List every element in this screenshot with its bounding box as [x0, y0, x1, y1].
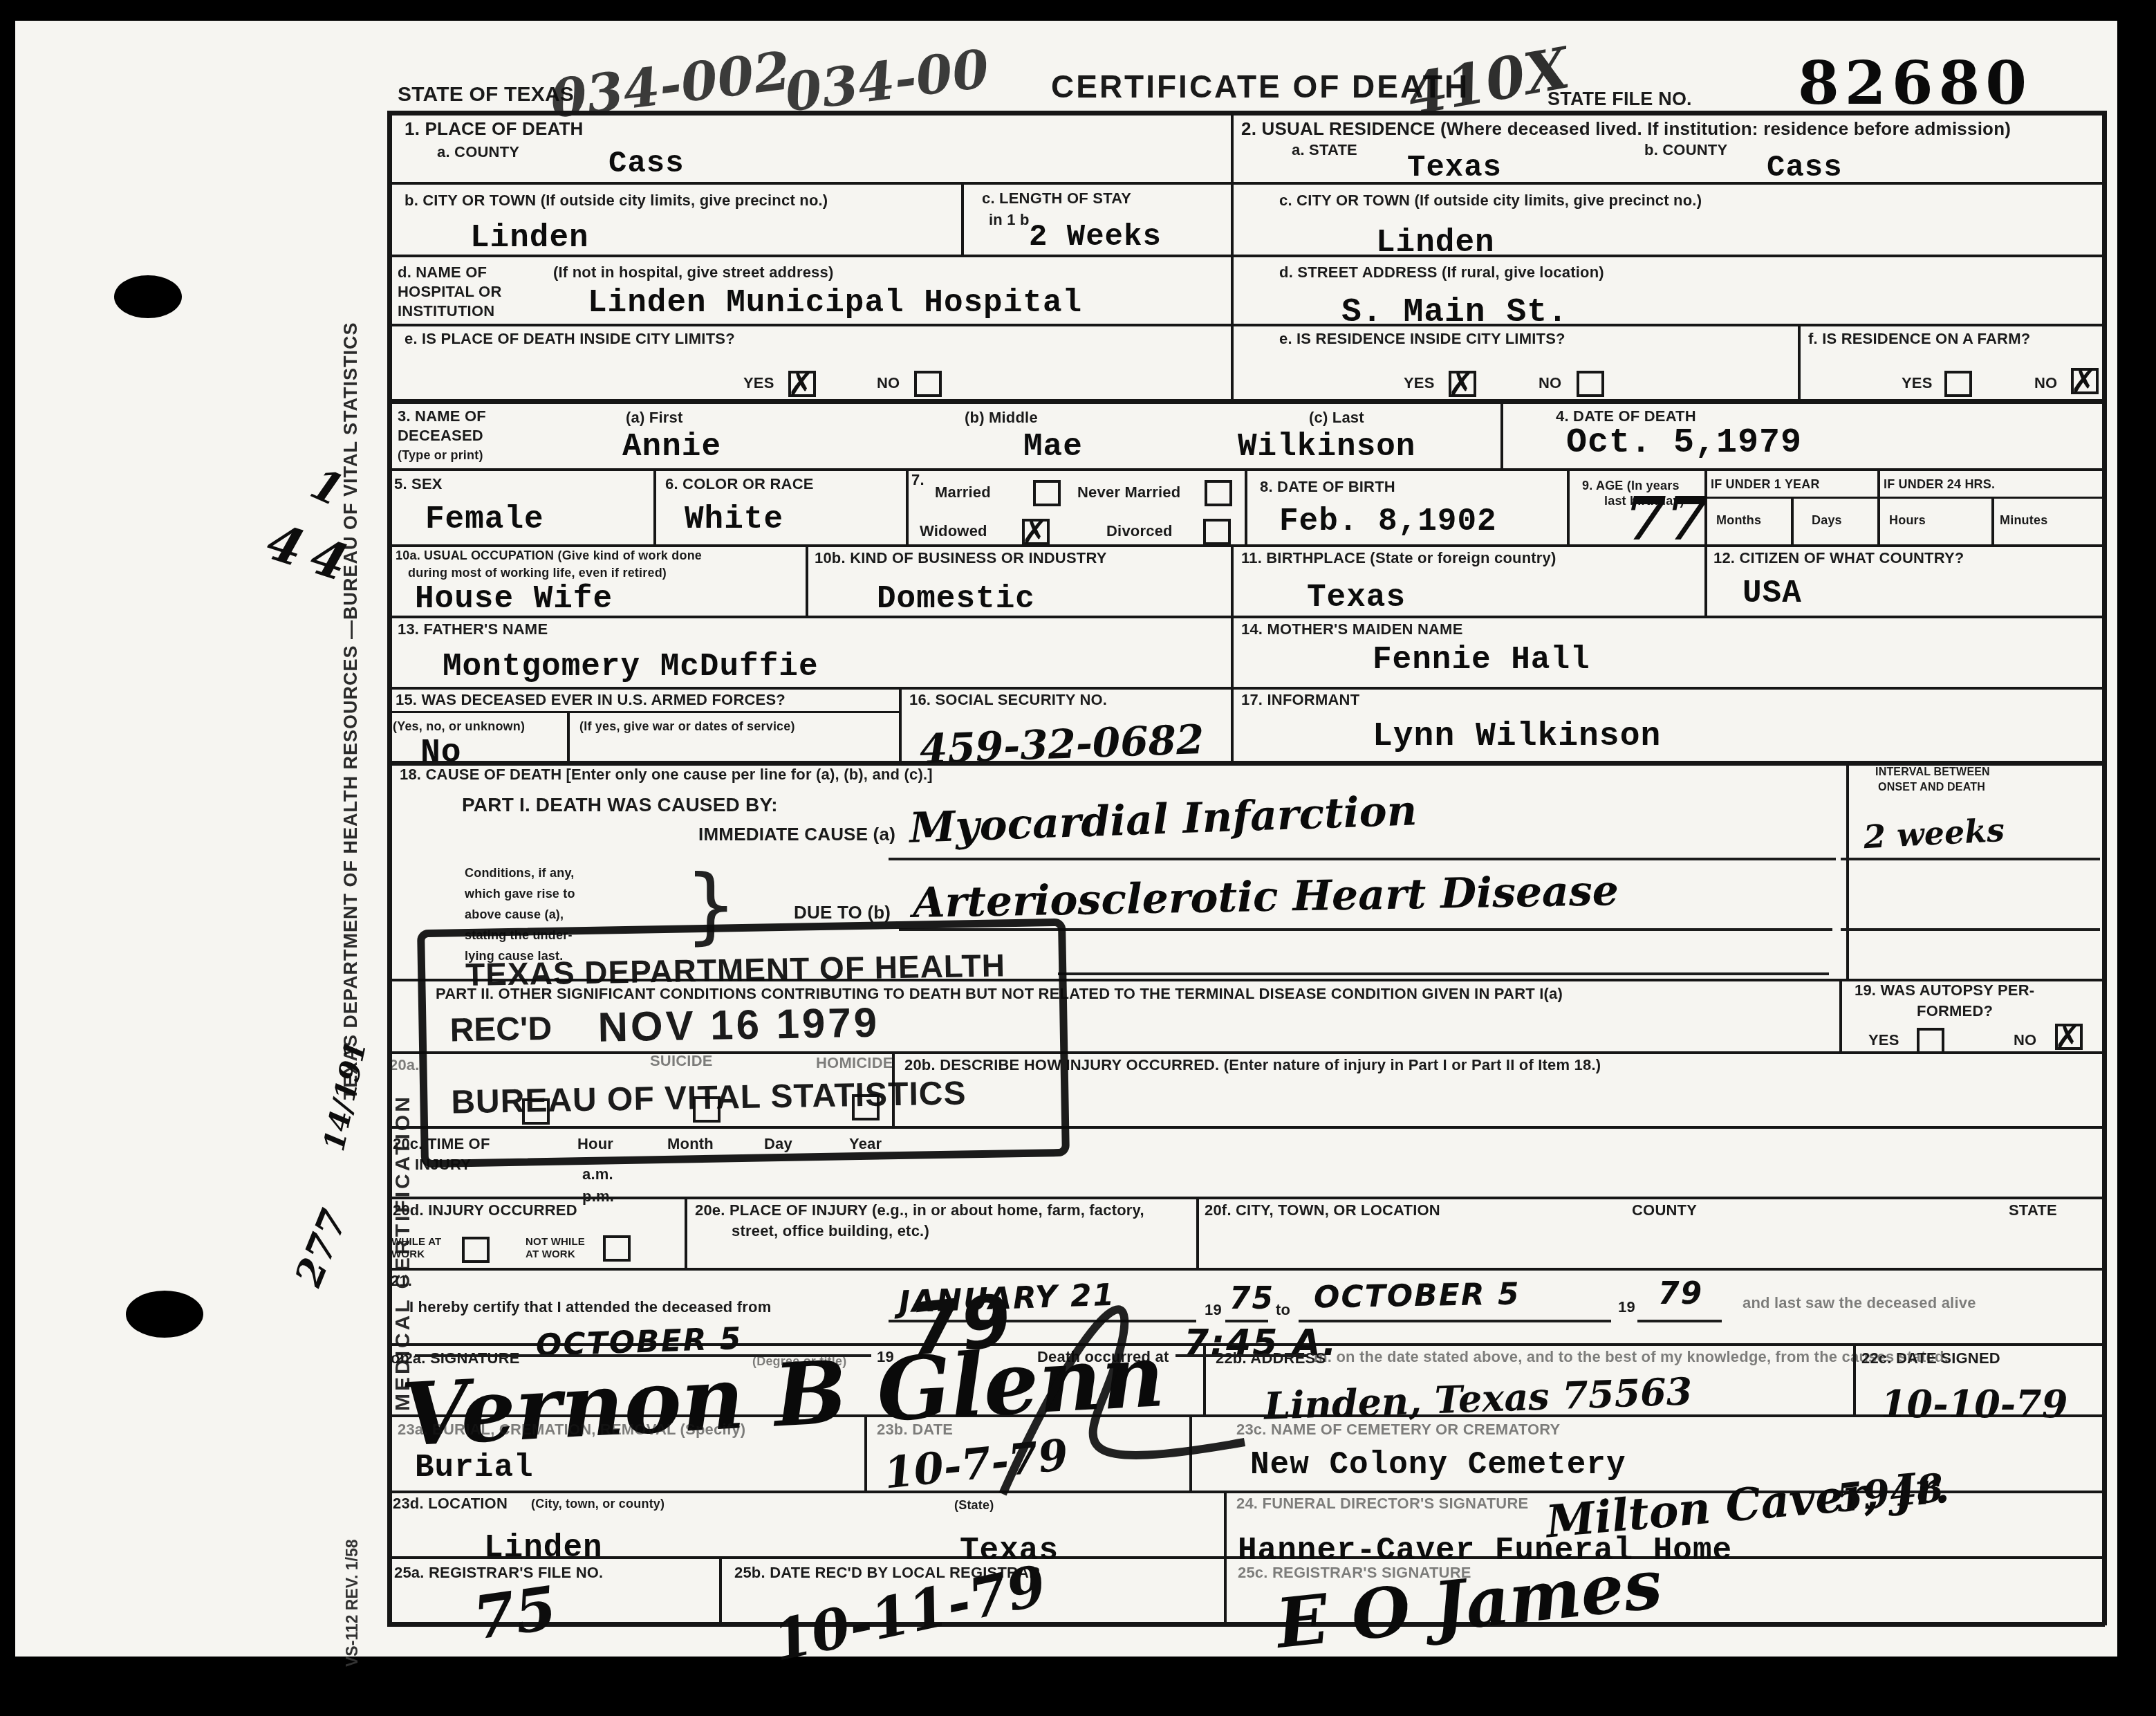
grid-line: [387, 616, 2105, 618]
injury-county-label: COUNTY: [1632, 1202, 1697, 1219]
grid-line: [1704, 497, 2105, 499]
autopsy-label: 19. WAS AUTOPSY PER-: [1855, 982, 2034, 999]
interval-value: 2 weeks: [1863, 811, 2005, 856]
street-address-value: S. Main St.: [1341, 294, 1568, 331]
state-file-number: 82680: [1798, 48, 2032, 118]
not-while-at-work-label: AT WORK: [526, 1249, 575, 1261]
interval-label: ONSET AND DEATH: [1878, 782, 1985, 794]
registrar-file-no-value: 75: [470, 1573, 561, 1654]
immediate-cause-label: IMMEDIATE CAUSE (a): [698, 824, 895, 845]
grid-line: [387, 1197, 2105, 1199]
grid-line: [806, 544, 808, 616]
state-of-texas-label: STATE OF TEXAS: [398, 83, 574, 107]
grid-line: [387, 111, 2105, 116]
sex-label: 5. SEX: [394, 476, 443, 493]
grid-line: [899, 687, 902, 761]
certify-text: m. on the date stated above, and to the …: [1314, 1349, 1949, 1366]
never-married-checkbox: [1205, 480, 1232, 506]
residence-farm-label: f. IS RESIDENCE ON A FARM?: [1808, 331, 2030, 348]
grid-line: [1231, 111, 1234, 399]
punch-hole: [126, 1291, 203, 1338]
no-label: NO: [2014, 1032, 2036, 1049]
cemetery-label: 23c. NAME OF CEMETERY OR CREMATORY: [1236, 1421, 1560, 1439]
interval-label: INTERVAL BETWEEN: [1875, 766, 1990, 779]
grid-line: [2102, 111, 2107, 1625]
grid-line: [387, 255, 2105, 257]
grid-line: [1791, 497, 1794, 544]
hospital-value: Linden Municipal Hospital: [588, 285, 1082, 321]
informant-value: Lynn Wilkinson: [1373, 718, 1661, 755]
grid-line: [653, 468, 656, 544]
grid-line: [1224, 1556, 1227, 1622]
grid-line: [1846, 761, 1849, 979]
state-file-no-label: STATE FILE NO.: [1548, 89, 1692, 109]
yes-label: YES: [1902, 375, 1933, 392]
date-of-death-value: Oct. 5,1979: [1566, 423, 1802, 463]
name-of-deceased-label: DECEASED: [398, 427, 483, 445]
street-address-label: d. STREET ADDRESS (If rural, give locati…: [1279, 264, 1604, 282]
divorced-checkbox: [1203, 519, 1231, 545]
residence-city-label: c. CITY OR TOWN (If outside city limits,…: [1279, 192, 1702, 210]
grid-line: [387, 182, 2105, 185]
address-label: 22b. ADDRESS: [1216, 1350, 1326, 1367]
burial-location-label: 23d. LOCATION: [393, 1495, 508, 1513]
grid-line: [685, 1197, 687, 1268]
injury-state-label: STATE: [2009, 1202, 2057, 1219]
due-to-b-label: DUE TO (b): [794, 903, 891, 923]
minutes-label: Minutes: [2000, 513, 2047, 527]
birthplace-value: Texas: [1307, 580, 1406, 616]
residence-limits-yes-checkbox: [1449, 371, 1476, 397]
date-of-birth-value: Feb. 8,1902: [1279, 504, 1497, 539]
fathers-name-value: Montgomery McDuffie: [443, 649, 819, 685]
informant-label: 17. INFORMANT: [1241, 692, 1359, 709]
grid-line: [387, 711, 899, 713]
citizen-value: USA: [1743, 575, 1802, 611]
fathers-name-label: 13. FATHER'S NAME: [398, 621, 548, 638]
farm-yes-checkbox: [1944, 371, 1972, 397]
grid-line: [1500, 399, 1503, 468]
date-of-birth-label: 8. DATE OF BIRTH: [1260, 479, 1395, 496]
grid-line: [387, 1622, 2105, 1627]
usual-occupation-label: 10a. USUAL OCCUPATION (Give kind of work…: [396, 548, 702, 562]
place-of-injury-label: street, office building, etc.): [732, 1223, 929, 1240]
printed-to: to: [1276, 1302, 1290, 1319]
race-value: White: [685, 501, 783, 537]
while-at-work-label: WORK: [391, 1249, 425, 1261]
grid-line: [1196, 1197, 1199, 1268]
usual-residence-title: 2. USUAL RESIDENCE (Where deceased lived…: [1241, 119, 2011, 139]
attended-to-year: 79: [1658, 1276, 1703, 1311]
place-of-injury-label: 20e. PLACE OF INJURY (e.g., in or about …: [695, 1202, 1144, 1219]
last-name-value: Wilkinson: [1238, 429, 1415, 465]
place-limits-yes-checkbox: [788, 371, 816, 397]
stamp-recd-label: REC'D: [449, 1010, 552, 1050]
while-at-work-checkbox: [462, 1237, 490, 1263]
place-city-limits-label: e. IS PLACE OF DEATH INSIDE CITY LIMITS?: [405, 331, 735, 348]
grid-line: [387, 544, 2105, 547]
while-at-work-label: WHILE AT: [391, 1237, 441, 1248]
autopsy-no-checkbox: [2055, 1024, 2083, 1050]
accident-row-number: 20a.: [389, 1057, 420, 1074]
days-label: Days: [1812, 513, 1842, 527]
medical-certification-vertical-text: MEDICAL CERTIFICATION: [391, 802, 415, 1411]
received-stamp: TEXAS DEPARTMENT OF HEALTH REC'D NOV 16 …: [417, 919, 1070, 1168]
middle-name-label: (b) Middle: [965, 409, 1038, 427]
funeral-director-label: 24. FUNERAL DIRECTOR'S SIGNATURE: [1236, 1495, 1528, 1513]
place-of-death-title: 1. PLACE OF DEATH: [405, 119, 584, 139]
burial-value: Burial: [415, 1450, 534, 1486]
grid-line: [1704, 544, 1707, 616]
divorced-label: Divorced: [1106, 523, 1173, 540]
date-signed-label: 22c. DATE SIGNED: [1861, 1350, 2000, 1367]
middle-name-value: Mae: [1023, 429, 1083, 465]
grid-line: [1567, 468, 1570, 544]
attended-to-date: OCTOBER 5: [1314, 1276, 1521, 1315]
place-city-value: Linden: [470, 220, 589, 256]
no-label: NO: [2034, 375, 2057, 392]
yes-label: YES: [1404, 375, 1435, 392]
sex-value: Female: [425, 501, 544, 537]
ssn-value: 459-32-0682: [919, 716, 1205, 773]
printed-19: 19: [1618, 1299, 1635, 1316]
if-under-1-year-label: IF UNDER 1 YEAR: [1711, 477, 1820, 491]
no-label: NO: [877, 375, 900, 392]
county-label: a. COUNTY: [437, 144, 519, 161]
conditions-label: Conditions, if any,: [465, 866, 574, 880]
name-of-deceased-label: 3. NAME OF: [398, 408, 486, 425]
type-or-print-label: (Type or print): [398, 448, 483, 462]
citizen-label: 12. CITIZEN OF WHAT COUNTRY?: [1713, 550, 1964, 567]
cemetery-value: New Colony Cemetery: [1250, 1447, 1626, 1483]
residence-county-value: Cass: [1767, 151, 1843, 185]
age-value: 77: [1625, 484, 1708, 554]
last-name-label: (c) Last: [1309, 409, 1364, 427]
armed-forces-sub-label: (If yes, give war or dates of service): [579, 719, 795, 733]
marital-status-label: 7.: [911, 472, 924, 489]
certify-row-number: 21.: [391, 1273, 412, 1290]
widowed-checkbox: [1022, 519, 1050, 545]
city-label: b. CITY OR TOWN (If outside city limits,…: [405, 192, 828, 210]
grid-line: [1991, 497, 1994, 544]
date-signed-value: 10-10-79: [1881, 1382, 2067, 1426]
never-married-label: Never Married: [1077, 484, 1180, 501]
first-name-label: (a) First: [626, 409, 682, 427]
part1-label: PART I. DEATH WAS CAUSED BY:: [462, 794, 778, 815]
place-county-value: Cass: [608, 147, 685, 181]
registrar-file-no-label: 25a. REGISTRAR'S FILE NO.: [394, 1565, 603, 1582]
grid-line: [387, 111, 392, 1625]
length-of-stay-value: 2 Weeks: [1029, 220, 1162, 255]
stamp-date: NOV 16 1979: [597, 999, 880, 1051]
months-label: Months: [1716, 513, 1761, 527]
hospital-label: HOSPITAL OR: [398, 284, 502, 301]
yes-label: YES: [1868, 1032, 1899, 1049]
armed-forces-sub-label: (Yes, no, or unknown): [393, 719, 525, 733]
grid-line: [1839, 979, 1842, 1051]
birthplace-label: 11. BIRTHPLACE (State or foreign country…: [1241, 550, 1556, 567]
grid-line: [1877, 468, 1880, 544]
residence-state-label: a. STATE: [1292, 142, 1357, 159]
married-label: Married: [935, 484, 991, 501]
grid-line: [906, 468, 909, 544]
not-while-at-work-label: NOT WHILE: [526, 1237, 585, 1248]
conditions-label: which gave rise to: [465, 887, 575, 901]
grid-line: [567, 711, 570, 761]
place-limits-no-checkbox: [914, 371, 942, 397]
city-town-county-label: (City, town, or county): [531, 1497, 665, 1511]
grid-line: [1245, 468, 1247, 544]
stamp-bureau-line: BUREAU OF VITAL STATISTICS: [451, 1074, 967, 1121]
ssn-label: 16. SOCIAL SECURITY NO.: [909, 692, 1107, 709]
married-checkbox: [1033, 480, 1061, 506]
state-sub-label: (State): [954, 1498, 994, 1512]
agency-vertical-text: TEXAS DEPARTMENT OF HEALTH RESOURCES —BU…: [340, 290, 362, 1100]
grid-line: [1798, 324, 1801, 399]
armed-forces-label: 15. WAS DECEASED EVER IN U.S. ARMED FORC…: [396, 692, 786, 709]
burial-date-label: 23b. DATE: [877, 1421, 953, 1439]
mothers-maiden-name-label: 14. MOTHER'S MAIDEN NAME: [1241, 621, 1463, 638]
farm-no-checkbox: [2071, 368, 2099, 394]
yes-label: YES: [743, 375, 774, 392]
burial-city-value: Linden: [484, 1530, 603, 1566]
cause-of-death-label: 18. CAUSE OF DEATH [Enter only one cause…: [400, 766, 933, 784]
residence-limits-no-checkbox: [1577, 371, 1604, 397]
date-of-death-label: 4. DATE OF DEATH: [1556, 408, 1696, 425]
first-name-value: Annie: [622, 429, 721, 465]
hospital-label: d. NAME OF: [398, 264, 487, 282]
autopsy-yes-checkbox: [1917, 1028, 1944, 1054]
residence-city-limits-label: e. IS RESIDENCE INSIDE CITY LIMITS?: [1279, 331, 1565, 348]
length-of-stay-sub: in 1 b: [989, 212, 1030, 229]
grid-line: [387, 399, 2105, 404]
hospital-label-paren: (If not in hospital, give street address…: [553, 264, 834, 282]
widowed-label: Widowed: [920, 523, 987, 540]
injury-city-label: 20f. CITY, TOWN, OR LOCATION: [1205, 1202, 1440, 1219]
grid-line: [1231, 616, 1234, 687]
business-industry-label: 10b. KIND OF BUSINESS OR INDUSTRY: [815, 550, 1107, 567]
grid-line: [387, 687, 2105, 690]
form-code-vertical-text: VS-112 REV. 1/58: [343, 1432, 362, 1667]
grid-line: [1231, 687, 1234, 761]
length-of-stay-label: c. LENGTH OF STAY: [982, 190, 1131, 207]
punch-hole: [114, 275, 182, 318]
no-label: NO: [1539, 375, 1561, 392]
if-under-24-hrs-label: IF UNDER 24 HRS.: [1884, 477, 1995, 491]
certify-text: and last saw the deceased alive: [1743, 1295, 1976, 1312]
conditions-label: above cause (a),: [465, 907, 564, 921]
grid-line: [1231, 544, 1234, 616]
occupation-value: House Wife: [415, 581, 613, 617]
pm-label: p.m.: [582, 1188, 614, 1206]
stamp-agency-line: TEXAS DEPARTMENT OF HEALTH: [465, 946, 1006, 993]
certify-text: I hereby certify that I attended the dec…: [409, 1299, 771, 1316]
mothers-maiden-name-value: Fennie Hall: [1373, 642, 1590, 678]
grid-line: [387, 324, 2105, 326]
color-or-race-label: 6. COLOR OR RACE: [665, 476, 814, 493]
grid-line: [961, 182, 964, 255]
business-value: Domestic: [877, 581, 1035, 617]
injury-occurred-label: 20d. INJURY OCCURRED: [393, 1202, 577, 1219]
grid-line: [719, 1556, 722, 1622]
not-while-at-work-checkbox: [603, 1235, 631, 1262]
usual-occupation-label: during most of working life, even if ret…: [408, 566, 667, 580]
autopsy-label: FORMED?: [1917, 1003, 1993, 1020]
burial-label: 23a. BURIAL, CREMATION, REMOVAL (Specify…: [398, 1421, 745, 1439]
hours-label: Hours: [1889, 513, 1926, 527]
hospital-label: INSTITUTION: [398, 303, 494, 320]
residence-county-label: b. COUNTY: [1644, 142, 1727, 159]
residence-state-value: Texas: [1407, 151, 1502, 185]
am-label: a.m.: [582, 1166, 613, 1183]
residence-city-value: Linden: [1376, 225, 1495, 261]
